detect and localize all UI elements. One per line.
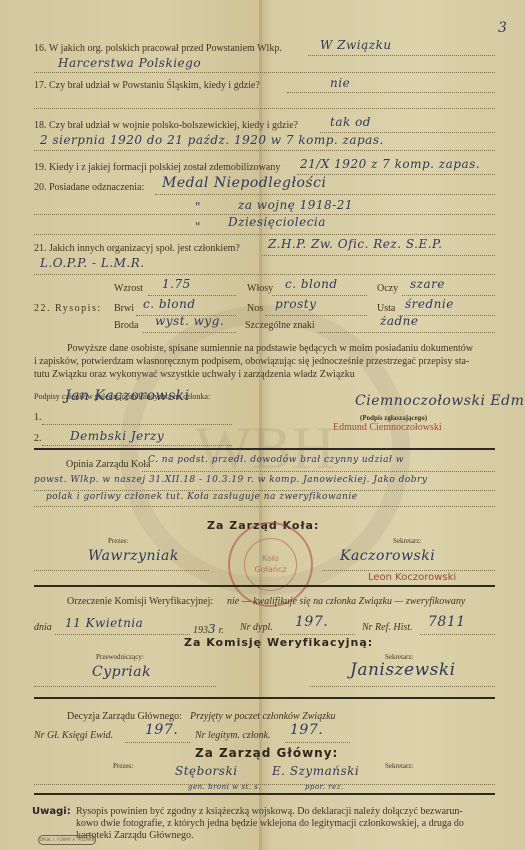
ref-hist-number: 7811 [428,614,466,630]
oczy-value: szare [410,277,445,291]
verification-sekretarz-signature: Janiszewski [350,660,456,680]
opinion-label: Opinia Zarządu Koła [66,459,150,470]
q21-answer: Z.H.P. Zw. Ofic. Rez. S.E.P. [268,237,443,251]
q16-label: 16. W jakich org. polskich pracował prze… [34,43,282,54]
notes-line-1: Rysopis powinien być zgodny z książeczką… [76,806,463,818]
notes-label: Uwagi: [32,806,71,817]
wlosy-label: Włosy [247,283,273,294]
q20-answer-2: za wojnę 1918-21 [238,198,353,212]
kolo-sekretarz-name-stamp: Leon Koczorowski [368,572,456,583]
applicant-name-stamp: Edmund Ciemnoczołowski [333,422,442,433]
dypl-label: Nr dypl. [240,622,273,633]
q18-label: 18. Czy brał udział w wojnie polsko-bols… [34,120,298,131]
declaration-line-2: i zapisków, potwierdzam własnoręcznym po… [34,356,469,368]
legitymacja-number: 197. [290,722,323,738]
broda-value: wyst. wyg. [155,314,224,328]
q20-ditto-1: " [195,200,201,214]
q19-label: 19. Kiedy i z jakiej formacji polskiej z… [34,162,280,173]
usta-value: średnie [405,297,454,311]
rysopis-label: 22. Rysopis: [34,303,102,314]
nos-label: Nos [247,303,263,314]
legitymacja-label: Nr legitym. członk. [195,730,271,741]
verification-date-label: dnia [34,622,52,633]
main-sekretarz-signature: E. Szymański [272,764,359,778]
kolo-prezes-label: Prezes: [108,537,128,545]
verification-label: Orzeczenie Komisji Weryfikacyjnej: [67,596,213,607]
usta-label: Usta [377,303,395,314]
wzrost-value: 1.75 [162,277,191,291]
notes-line-2: kowo dwie fotografie, z których jedna bę… [76,818,464,830]
q18-answer: tak od [330,115,371,129]
applicant-signature: Ciemnoczołowski Edmund [355,393,525,409]
opinion-text-3: polak i gorliwy członek tut. Koła zasług… [46,492,358,502]
recommender-1-signature: Jan Kaczorowski [65,388,190,404]
page-number: 3 [498,20,507,36]
q21-label: 21. Jakich innych organizacyj społ. jest… [34,243,240,254]
q16-answer: W Związku [320,38,392,52]
ksiega-label: Nr Gł. Księgi Ewid. [34,730,113,741]
verification-options: nie — kwalifikuje się na członka Związku… [227,596,465,607]
recommender-2-num: 2. [34,433,42,444]
nos-value: prosty [275,297,316,311]
opinion-text-1: C. na podst. przedł. dowodów brał czynny… [148,455,404,465]
q20-answer-3: Dziesięciolecia [228,215,326,229]
applicant-caption: (Podpis zgłaszającego) [360,414,427,422]
opinion-text-2: powst. Wlkp. w naszej 31.XII.18 - 10.3.1… [34,475,427,485]
brwi-value: c. blond [143,297,196,311]
main-sekretarz-label: Sekretarz: [385,762,413,770]
wzrost-label: Wzrost [114,283,143,294]
oczy-label: Oczy [377,283,398,294]
declaration-line-1: Powyższe dane osobiste, spisane sumienni… [67,343,473,355]
q20-label: 20. Posiadane odznaczenia: [34,182,144,193]
znaki-label: Szczególne znaki [245,320,315,331]
q20-ditto-2: " [195,220,201,234]
decision-label: Decyzja Zarządu Głównego: [67,711,182,722]
q17-answer: nie [330,76,350,90]
ref-hist-label: Nr Ref. Hist. [362,622,413,633]
ksiega-number: 197. [145,722,178,738]
decision-value: Przyjęty w poczet członków Związku [190,711,336,722]
przewodniczacy-signature: Cypriak [92,664,151,680]
recommender-1-num: 1. [34,412,42,423]
main-board-title: Za Zarząd Główny: [195,746,338,760]
main-prezes-signature: Stęborski [175,764,238,778]
wlosy-value: c. blond [285,277,338,291]
kolo-sekretarz-signature: Kaczorowski [340,548,435,564]
broda-label: Broda [114,320,138,331]
declaration-line-3: tutu Związku oraz wykonywać wszystkie uc… [34,369,355,381]
q19-answer: 21/X 1920 z 7 komp. zapas. [300,157,480,171]
main-prezes-label: Prezes: [113,762,133,770]
verification-commission-title: Za Komisję Weryfikacyjną: [184,636,373,649]
recommender-2-signature: Dembski Jerzy [70,429,164,443]
q16-answer-cont: Harcerstwa Polskiego [58,56,201,70]
q20-answer-1: Medal Niepodległości [162,175,326,191]
znaki-value: żadne [380,314,419,328]
printer-mark: DRUK. I. FORMY A. POZNAŃ [38,835,96,845]
kolo-golancz-stamp: Koło Gołańcz [228,522,313,607]
q17-label: 17. Czy brał udział w Powstaniu Śląskim,… [34,80,260,91]
kolo-prezes-signature: Wawrzyniak [88,548,179,564]
dypl-number: 197. [295,614,328,630]
verification-date: 11 Kwietnia [65,616,143,630]
brwi-label: Brwi [114,303,134,314]
kolo-sekretarz-label: Sekretarz: [393,537,421,545]
q21-answer-cont: L.O.P.P. - L.M.R. [40,256,145,270]
q18-answer-cont: 2 sierpnia 1920 do 21 paźdz. 1920 w 7 ko… [40,133,384,147]
verification-year: 1933 r. [193,622,224,636]
przewodniczacy-label: Przewodniczący: [96,653,144,661]
